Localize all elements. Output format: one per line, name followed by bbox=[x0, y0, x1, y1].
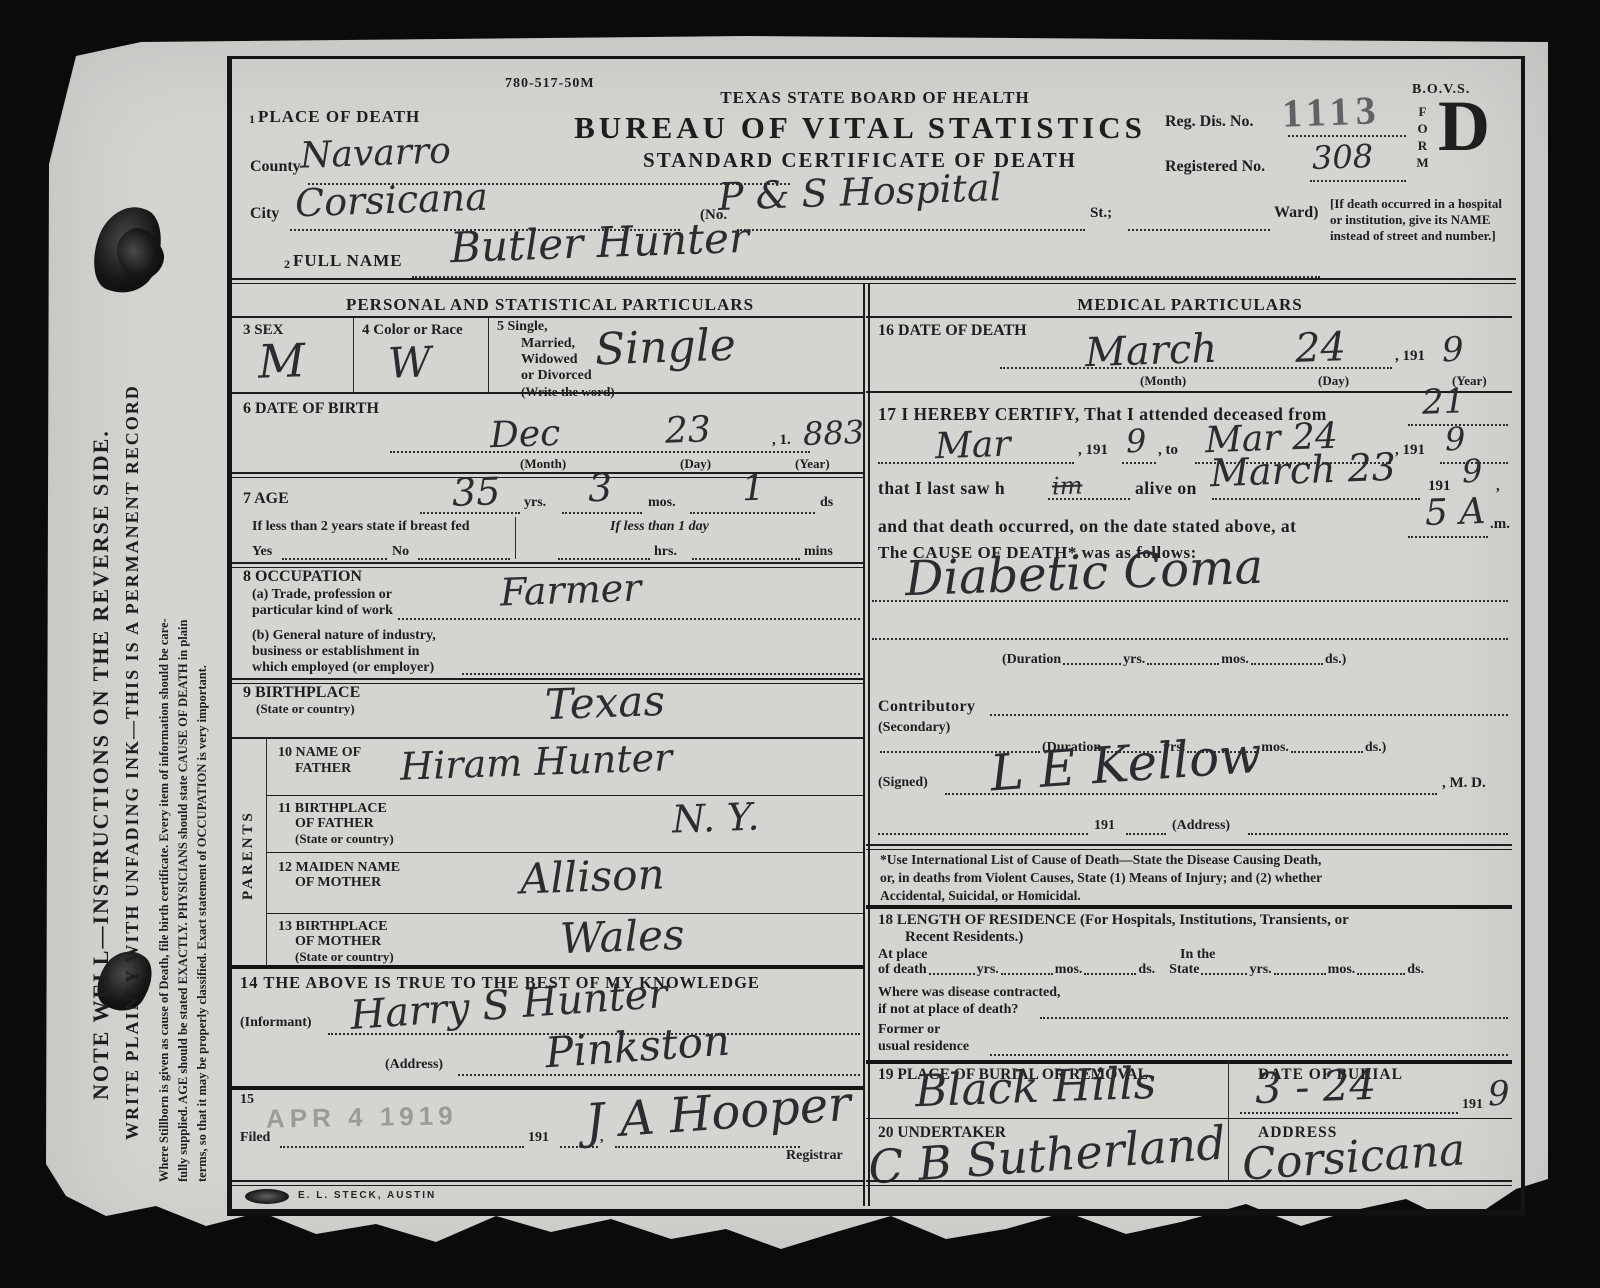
date-of-death-label: 16 DATE OF DEATH bbox=[878, 322, 1027, 340]
occupation-a-line2: particular kind of work bbox=[252, 603, 393, 619]
father-birthplace-label2: OF FATHER bbox=[295, 816, 374, 832]
ds-label: ds. bbox=[1138, 962, 1155, 978]
mother-birthplace-label3: (State or country) bbox=[295, 949, 394, 965]
mins-label: mins bbox=[804, 544, 833, 560]
burial-cell-divider bbox=[1228, 1060, 1229, 1180]
item-15-label: 15 bbox=[240, 1092, 254, 1108]
cert-year2-printed: , 191 bbox=[1395, 442, 1425, 459]
occupation-b-line1: (b) General nature of industry, bbox=[252, 628, 436, 644]
burial-date-value: 3 - 24 bbox=[1254, 1060, 1377, 1113]
mos-label: mos. bbox=[1055, 962, 1083, 978]
less-than-day-label: If less than 1 day bbox=[610, 519, 709, 535]
ds-label: ds.) bbox=[1325, 652, 1346, 668]
sign-address-line bbox=[1248, 833, 1508, 835]
marital-label-2: Married, bbox=[521, 336, 575, 352]
yrs-label: yrs. bbox=[1249, 962, 1271, 978]
at-place-label: At place bbox=[878, 947, 927, 963]
mos-label: mos. bbox=[648, 495, 676, 511]
contracted-label-line2: if not at place of death? bbox=[878, 1002, 1018, 1018]
md-label: , M. D. bbox=[1442, 775, 1486, 792]
rule bbox=[866, 1060, 1512, 1064]
birthplace-label: 9 BIRTHPLACE bbox=[243, 684, 360, 702]
color-race-label: 4 Color or Race bbox=[362, 322, 463, 339]
occupation-a-line bbox=[398, 618, 860, 620]
mother-birthplace-label1: 13 BIRTHPLACE bbox=[278, 919, 388, 935]
filed-label: Filed bbox=[240, 1130, 270, 1146]
last-saw-comma: , bbox=[1496, 478, 1500, 495]
residence-label-line1: 18 LENGTH OF RESIDENCE (For Hospitals, I… bbox=[878, 912, 1349, 929]
father-birthplace-label1: 11 BIRTHPLACE bbox=[278, 801, 387, 817]
hrs-line bbox=[558, 558, 650, 560]
form-word: FORM bbox=[1414, 104, 1430, 184]
rule bbox=[232, 965, 863, 969]
footnote-line3: Accidental, Suicidal, or Homicidal. bbox=[880, 888, 1081, 904]
former-residence-label1: Former or bbox=[878, 1022, 940, 1038]
print-code: 780-517-50M bbox=[505, 76, 595, 92]
parents-label: PARENTS bbox=[240, 790, 257, 900]
rule bbox=[232, 316, 863, 318]
footnote-line1: *Use International List of Cause of Deat… bbox=[880, 852, 1321, 868]
mins-line bbox=[692, 558, 800, 560]
printer-logo bbox=[245, 1189, 289, 1204]
occupation-b-line2: business or establishment in bbox=[252, 644, 419, 660]
duration-label: (Duration bbox=[1002, 652, 1061, 668]
death-time-line bbox=[1408, 536, 1488, 538]
in-the-label: In the bbox=[1180, 947, 1215, 963]
year-caption: (Year) bbox=[795, 456, 830, 472]
footnote-line2: or, in deaths from Violent Causes, State… bbox=[880, 870, 1322, 886]
m-label: .m. bbox=[1490, 516, 1510, 533]
full-name-number: 2 bbox=[284, 257, 290, 272]
registrar-label: Registrar bbox=[786, 1148, 843, 1164]
mother-birthplace-value: Wales bbox=[559, 910, 685, 963]
registered-no-label: Registered No. bbox=[1165, 158, 1265, 176]
residence-label-line2: Recent Residents.) bbox=[905, 929, 1023, 946]
age-years-value: 35 bbox=[451, 469, 501, 515]
sidebar-write-plainly: WRITE PLAINLY WITH UNFADING INK—THIS IS … bbox=[122, 210, 143, 1140]
father-name-label1: 10 NAME OF bbox=[278, 745, 361, 761]
death-month-value: March bbox=[1084, 326, 1218, 377]
mos-label: mos. bbox=[1221, 652, 1249, 668]
breast-fed-label: If less than 2 years state if breast fed bbox=[252, 519, 470, 535]
last-saw-scribble: im bbox=[1052, 471, 1083, 500]
last-saw-label: that I last saw h bbox=[878, 478, 1005, 499]
age-months-line bbox=[562, 512, 642, 514]
sidebar-note-well: NOTE WELL—INSTRUCTIONS ON THE REVERSE SI… bbox=[88, 290, 114, 1100]
full-name-label: FULL NAME bbox=[293, 251, 403, 271]
dob-day-value: 23 bbox=[664, 409, 711, 452]
mother-birthplace-label2: OF MOTHER bbox=[295, 934, 381, 950]
death-year-value: 9 bbox=[1441, 330, 1464, 371]
filed-date-stamp: APR 4 1919 bbox=[266, 1100, 458, 1134]
father-name-label2: FATHER bbox=[295, 761, 351, 777]
contributory-label: Contributory bbox=[878, 698, 976, 716]
rule bbox=[866, 391, 1512, 393]
dob-year-value: 883 bbox=[802, 413, 864, 453]
occupation-label: 8 OCCUPATION bbox=[243, 568, 362, 586]
rule bbox=[866, 316, 1512, 318]
father-birthplace-label3: (State or country) bbox=[295, 831, 394, 847]
cell-divider bbox=[353, 318, 354, 392]
city-label: City bbox=[250, 205, 279, 223]
occupation-value: Farmer bbox=[499, 566, 642, 615]
reg-dis-label: Reg. Dis. No. bbox=[1165, 113, 1253, 131]
day-caption: (Day) bbox=[1318, 373, 1349, 389]
bureau-title: BUREAU OF VITAL STATISTICS bbox=[560, 110, 1160, 146]
marital-label-3: Widowed bbox=[521, 352, 578, 368]
color-race-value: W bbox=[387, 337, 432, 387]
mother-name-label1: 12 MAIDEN NAME bbox=[278, 860, 400, 876]
place-of-death-number: 1 bbox=[249, 112, 255, 127]
yrs-label: yrs. bbox=[977, 962, 999, 978]
yes-label: Yes bbox=[252, 544, 272, 560]
last-saw-gap-line bbox=[1048, 498, 1130, 500]
occupation-b-line bbox=[462, 673, 860, 675]
city-value: Corsicana bbox=[294, 175, 488, 226]
informant-address-label: (Address) bbox=[385, 1057, 443, 1073]
death-occurred-label: and that death occurred, on the date sta… bbox=[878, 516, 1296, 537]
filed-year-printed: 191 bbox=[528, 1130, 549, 1146]
mos-label: mos. bbox=[1261, 740, 1289, 756]
month-caption: (Month) bbox=[1140, 373, 1186, 389]
rule bbox=[232, 472, 863, 478]
attend-from-day-value: 21 bbox=[1421, 381, 1466, 422]
dob-line bbox=[390, 451, 810, 453]
age-days-value: 1 bbox=[741, 468, 765, 510]
mos-label: mos. bbox=[1328, 962, 1356, 978]
county-label: County bbox=[250, 158, 301, 176]
marital-label-1: 5 Single, bbox=[497, 319, 548, 335]
rule bbox=[866, 844, 1512, 850]
father-birthplace-value: N. Y. bbox=[671, 794, 760, 841]
cell-divider bbox=[515, 517, 516, 559]
signed-label: (Signed) bbox=[878, 775, 928, 791]
marital-value: Single bbox=[594, 320, 737, 376]
marital-label-4: or Divorced bbox=[521, 368, 592, 384]
secondary-label: (Secondary) bbox=[878, 720, 950, 736]
form-letter-d: D bbox=[1438, 90, 1490, 162]
personal-section-title: PERSONAL AND STATISTICAL PARTICULARS bbox=[300, 295, 800, 315]
death-day-value: 24 bbox=[1294, 324, 1346, 372]
ds-label: ds bbox=[820, 495, 833, 511]
no-line bbox=[737, 229, 1085, 231]
ds-label: ds.) bbox=[1365, 740, 1386, 756]
death-time-value: 5 A bbox=[1424, 491, 1486, 534]
burial-year-printed: 191 bbox=[1462, 1097, 1483, 1113]
rule bbox=[866, 1180, 1512, 1186]
birthplace-value: Texas bbox=[544, 676, 666, 729]
last-saw-year-value: 9 bbox=[1461, 452, 1483, 491]
month-caption: (Month) bbox=[520, 456, 566, 472]
sign-date-line bbox=[878, 833, 1088, 835]
rule bbox=[266, 795, 863, 796]
registered-no-value: 308 bbox=[1311, 137, 1373, 177]
sidebar-small-line3: terms, so that it may be properly classi… bbox=[195, 342, 210, 1182]
contracted-line bbox=[1040, 1017, 1508, 1019]
birthplace-sub-label: (State or country) bbox=[256, 701, 355, 717]
yrs-label: yrs. bbox=[524, 495, 546, 511]
residence-duration-row: of death yrs. mos. ds. State yrs. mos. d… bbox=[878, 962, 1424, 978]
county-value: Navarro bbox=[299, 130, 451, 176]
rule bbox=[866, 905, 1512, 909]
sign-year-printed: 191 bbox=[1094, 818, 1115, 834]
age-days-line bbox=[690, 512, 815, 514]
mother-name-label2: OF MOTHER bbox=[295, 875, 381, 891]
burial-place-value: Black Hills bbox=[914, 1058, 1157, 1117]
duration-row-1: (Duration yrs. mos. ds.) bbox=[1002, 652, 1346, 668]
last-saw-date-line bbox=[1212, 498, 1420, 500]
board-title: TEXAS STATE BOARD OF HEALTH bbox=[640, 88, 1110, 108]
place-of-death-label: PLACE OF DEATH bbox=[258, 107, 420, 127]
scanned-death-certificate: NOTE WELL—INSTRUCTIONS ON THE REVERSE SI… bbox=[0, 0, 1600, 1288]
cert-year1-line bbox=[1122, 462, 1156, 464]
no-label: No bbox=[392, 544, 409, 560]
of-death-label: of death bbox=[878, 962, 927, 978]
st-label: St.; bbox=[1090, 205, 1112, 222]
informant-label: (Informant) bbox=[240, 1015, 312, 1031]
cert-year1-value: 9 bbox=[1125, 422, 1147, 461]
sidebar-small-line1: Where Stillborn is given as cause of Dea… bbox=[157, 342, 172, 1182]
parents-divider bbox=[266, 737, 267, 965]
sex-value: M bbox=[257, 333, 306, 389]
filed-line bbox=[280, 1146, 524, 1148]
hrs-label: hrs. bbox=[654, 544, 677, 560]
age-months-value: 3 bbox=[587, 466, 613, 511]
informant-address-line bbox=[458, 1074, 860, 1076]
sidebar-small-line2: fully supplied. AGE should be stated EXA… bbox=[176, 342, 191, 1182]
cell-divider bbox=[488, 318, 489, 392]
age-label: 7 AGE bbox=[243, 490, 289, 508]
dob-month-value: Dec bbox=[489, 413, 561, 456]
rule bbox=[232, 1180, 863, 1186]
occupation-b-line3: which employed (or employer) bbox=[252, 660, 434, 676]
cause-line-1 bbox=[872, 600, 1508, 602]
reg-dis-value-stamp: 1113 bbox=[1281, 86, 1382, 136]
sign-address-label: (Address) bbox=[1172, 818, 1230, 834]
day-caption: (Day) bbox=[680, 456, 711, 472]
ward-label: Ward) bbox=[1274, 204, 1318, 222]
occupation-a-line1: (a) Trade, profession or bbox=[252, 587, 392, 603]
hospital-note: [If death occurred in a hospital or inst… bbox=[1330, 196, 1514, 244]
rule bbox=[232, 392, 863, 394]
burial-year-value: 9 bbox=[1487, 1074, 1510, 1115]
column-divider bbox=[863, 283, 870, 1206]
attend-from-month-value: Mar bbox=[934, 424, 1011, 468]
sign-year-line bbox=[1126, 833, 1166, 835]
contributory-line bbox=[990, 714, 1508, 716]
death-year-printed: , 191 bbox=[1395, 348, 1425, 365]
full-name-value: Butler Hunter bbox=[449, 213, 750, 272]
dob-label: 6 DATE OF BIRTH bbox=[243, 400, 379, 418]
to-label: , to bbox=[1158, 442, 1178, 459]
mother-name-value: Allison bbox=[519, 849, 665, 903]
header-divider bbox=[232, 278, 1516, 284]
cause-line-2 bbox=[872, 638, 1508, 640]
printer-name: E. L. STECK, AUSTIN bbox=[298, 1190, 436, 1201]
contracted-label-line1: Where was disease contracted, bbox=[878, 985, 1061, 1001]
cert-year1-printed: , 191 bbox=[1078, 442, 1108, 459]
last-saw-date-value: March 23 bbox=[1209, 445, 1396, 495]
st-line bbox=[1128, 229, 1270, 231]
ds-label: ds. bbox=[1407, 962, 1424, 978]
medical-section-title: MEDICAL PARTICULARS bbox=[940, 295, 1440, 315]
former-residence-line bbox=[990, 1054, 1508, 1056]
state-label: State bbox=[1169, 962, 1199, 978]
yrs-label: yrs. bbox=[1123, 652, 1145, 668]
alive-on-label: alive on bbox=[1135, 478, 1197, 499]
dob-year-printed: , 1. bbox=[772, 432, 791, 449]
registered-no-line bbox=[1310, 180, 1406, 182]
former-residence-label2: usual residence bbox=[878, 1039, 969, 1055]
no-line bbox=[418, 558, 510, 560]
yes-line bbox=[282, 558, 387, 560]
